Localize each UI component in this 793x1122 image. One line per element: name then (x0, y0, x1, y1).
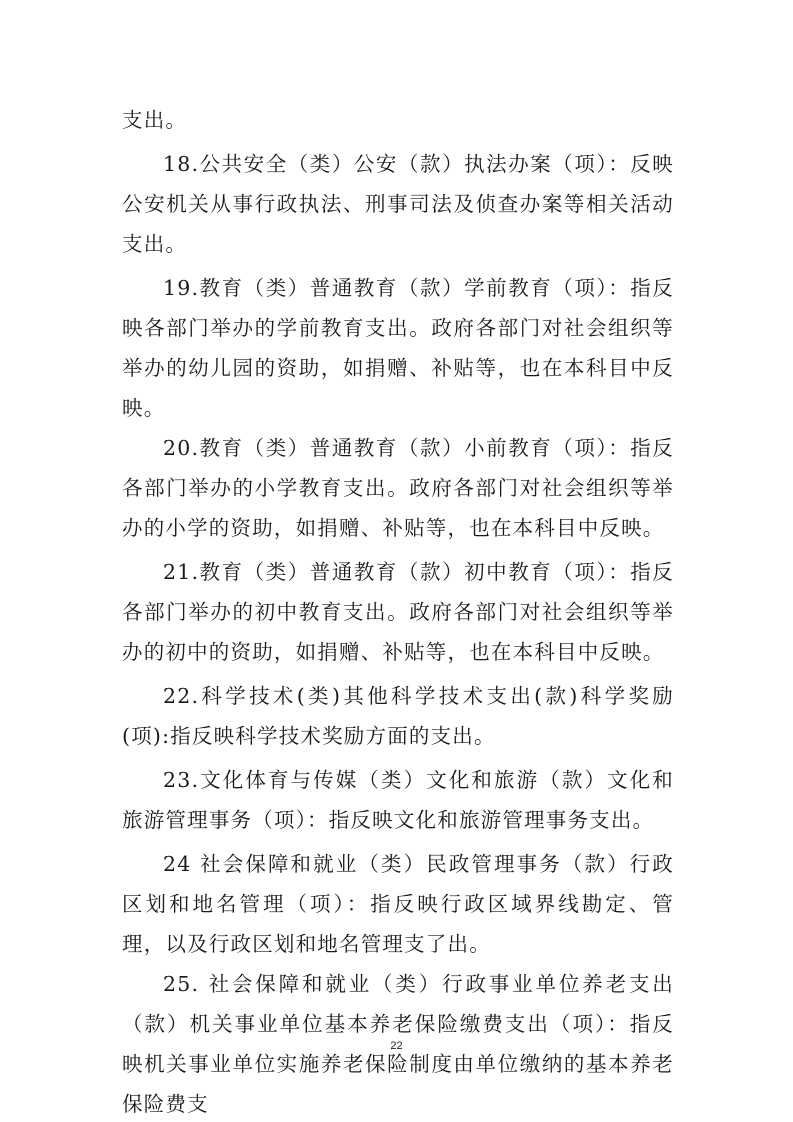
paragraph-item-21: 21.教育（类）普通教育（款）初中教育（项）：指反各部门举办的初中教育支出。政府… (122, 552, 674, 672)
paragraph-item-22: 22.科学技术(类)其他科学技术支出(款)科学奖励(项):指反映科学技术奖励方面… (122, 676, 674, 756)
paragraph-item-24: 24 社会保障和就业（类）民政管理事务（款）行政区划和地名管理（项）：指反映行政… (122, 844, 674, 964)
page-number: 22 (0, 1040, 793, 1052)
paragraph-item-18: 18.公共安全（类）公安（款）执法办案（项）：反映公安机关从事行政执法、刑事司法… (122, 144, 674, 264)
paragraph-item-19: 19.教育（类）普通教育（款）学前教育（项）：指反映各部门举办的学前教育支出。政… (122, 268, 674, 428)
paragraph-continuation: 支出。 (122, 100, 674, 140)
paragraph-item-23: 23.文化体育与传媒（类）文化和旅游（款）文化和旅游管理事务（项）：指反映文化和… (122, 760, 674, 840)
paragraph-item-20: 20.教育（类）普通教育（款）小前教育（项）：指反各部门举办的小学教育支出。政府… (122, 428, 674, 548)
document-body: 支出。 18.公共安全（类）公安（款）执法办案（项）：反映公安机关从事行政执法、… (122, 100, 674, 1122)
